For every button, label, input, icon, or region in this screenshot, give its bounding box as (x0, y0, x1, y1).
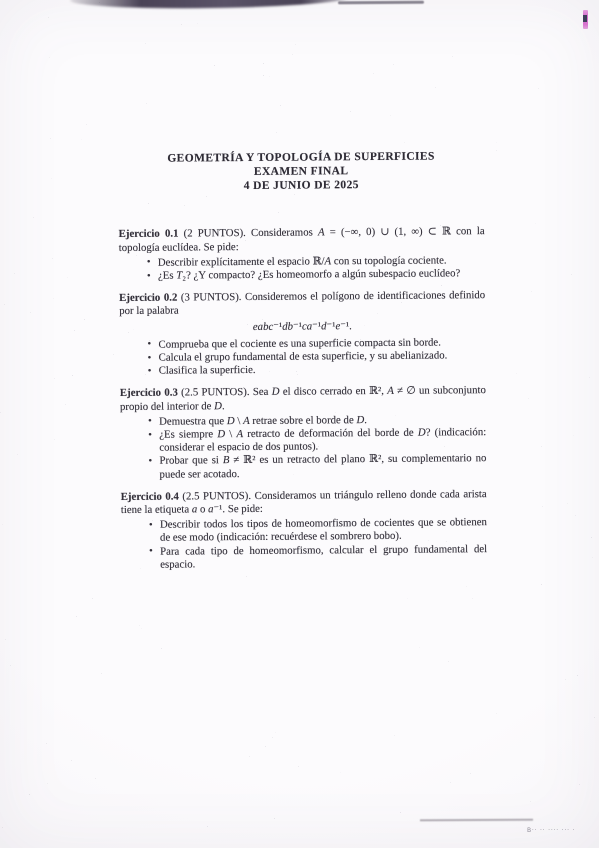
text-run: Calcula el grupo fundamental de esta sup… (159, 349, 448, 363)
exercise-points: (2.5 PUNTOS). (182, 490, 254, 503)
bullet-item: ¿Es siempre D \ A retracto de deformació… (159, 426, 486, 455)
text-run: Comprueba que el cociente es una superfi… (158, 336, 440, 350)
text-run: Describir todos los tipos de homeomorfis… (160, 516, 487, 544)
exercise-0.3: Ejercicio 0.3 (2.5 PUNTOS). Sea D el dis… (120, 385, 487, 482)
exercise-intro: Ejercicio 0.1 (2 PUNTOS). Consideramos A… (119, 226, 485, 255)
exercise-0.4: Ejercicio 0.4 (2.5 PUNTOS). Consideramos… (121, 488, 488, 572)
text-run: Clasifica la superficie. (159, 364, 256, 377)
exercise-label: Ejercicio 0.4 (121, 490, 183, 502)
text-run: retrae sobre el borde de (250, 414, 357, 427)
exercise-bullet-list: Describir todos los tipos de homeomorfis… (121, 516, 487, 572)
exercise-points: (2.5 PUNTOS). (181, 386, 253, 399)
identification-word-formula: eabc⁻¹db⁻¹ca⁻¹d⁻¹e⁻¹. (119, 319, 485, 335)
exam-date: 4 DE JUNIO DE 2025 (118, 178, 484, 195)
pink-sticker-dark-center (583, 15, 587, 22)
text-run: ₂? ¿Y compacto? ¿Es homeomorfo a algún s… (182, 267, 460, 281)
exercise-bullet-list: Describir explícitamente el espacio ℝ/A … (119, 254, 485, 283)
text-run: Demuestra que (159, 415, 227, 428)
math-var: D (227, 415, 235, 427)
pink-sticker-mark (583, 10, 588, 29)
exercise-points: (2 PUNTOS). (184, 227, 251, 240)
exercise-0.2: Ejercicio 0.2 (3 PUNTOS). Consideremos e… (119, 289, 486, 378)
bullet-item: Clasifica la superficie. (159, 362, 486, 378)
exam-content: GEOMETRÍA Y TOPOLOGÍA DE SUPERFICIES EXA… (118, 150, 487, 581)
text-run: Describir explícitamente el espacio ℝ/ (158, 255, 325, 268)
math-var: db (282, 320, 293, 332)
scanned-exam-page: GEOMETRÍA Y TOPOLOGÍA DE SUPERFICIES EXA… (0, 0, 599, 848)
text-run: ¿Es siempre (159, 428, 217, 440)
text-run: Consideramos (251, 227, 318, 240)
text-run: o (197, 503, 208, 515)
math-var: ca (302, 320, 312, 332)
scan-footer-smudge-text: B·· ·· ···· ··· · (527, 827, 575, 834)
text-run: \ (225, 428, 236, 440)
exercise-intro: Ejercicio 0.2 (3 PUNTOS). Consideremos e… (119, 289, 485, 318)
text-run: el disco cerrado en ℝ², (279, 385, 387, 398)
exercise-bullet-list: Comprueba que el cociente es una superfi… (119, 336, 485, 378)
text-run: ¿Es (158, 270, 176, 282)
scan-edge-shadow (70, 0, 352, 10)
math-var: eabc (253, 320, 273, 332)
text-run: ⁻¹. (340, 320, 352, 332)
text-run: con su topología cociente. (331, 254, 447, 267)
scan-bottom-line (420, 819, 533, 822)
exercise-intro: Ejercicio 0.3 (2.5 PUNTOS). Sea D el dis… (120, 385, 486, 414)
text-run: Sea (253, 386, 272, 398)
text-run: ⁻¹ (312, 320, 321, 332)
bullet-item: Probar que si B ≠ ℝ² es un retracto del … (159, 453, 486, 482)
bullet-item: ¿Es T₂? ¿Y compacto? ¿Es homeomorfo a al… (158, 267, 485, 283)
text-run: ⁻¹ (273, 320, 282, 332)
text-run: Para cada tipo de homeomorfismo, calcula… (160, 543, 487, 571)
math-var: D (272, 386, 280, 398)
bullet-item: Describir todos los tipos de homeomorfis… (160, 516, 487, 545)
scan-noise-layer (0, 0, 1, 1)
text-run: retracto de deformación del borde de (243, 427, 418, 440)
text-run: ⁻¹. Se pide: (213, 503, 263, 515)
exercise-list: Ejercicio 0.1 (2 PUNTOS). Consideramos A… (119, 226, 488, 573)
exam-title-block: GEOMETRÍA Y TOPOLOGÍA DE SUPERFICIES EXA… (118, 150, 484, 194)
exam-title: GEOMETRÍA Y TOPOLOGÍA DE SUPERFICIES (118, 150, 484, 167)
text-run: . (222, 400, 225, 412)
exercise-bullet-list: Demuestra que D \ A retrae sobre el bord… (120, 413, 487, 482)
text-run: . (364, 414, 367, 426)
exercise-label: Ejercicio 0.2 (119, 292, 181, 304)
text-run: Probar que si (159, 455, 223, 467)
exercise-0.1: Ejercicio 0.1 (2 PUNTOS). Consideramos A… (119, 226, 485, 284)
text-run: ⁻¹ (326, 320, 335, 332)
exercise-label: Ejercicio 0.1 (119, 228, 184, 241)
bullet-item: Para cada tipo de homeomorfismo, calcula… (160, 543, 487, 572)
text-run: \ (235, 415, 244, 427)
math-var: D (214, 400, 222, 412)
text-run: ⁻¹ (293, 320, 302, 332)
exercise-intro: Ejercicio 0.4 (2.5 PUNTOS). Consideramos… (121, 488, 487, 517)
math-var: D (217, 428, 225, 440)
exercise-points: (3 PUNTOS). (181, 291, 245, 304)
exercise-label: Ejercicio 0.3 (120, 387, 181, 399)
scan-edge-shadow-tail (338, 1, 424, 5)
